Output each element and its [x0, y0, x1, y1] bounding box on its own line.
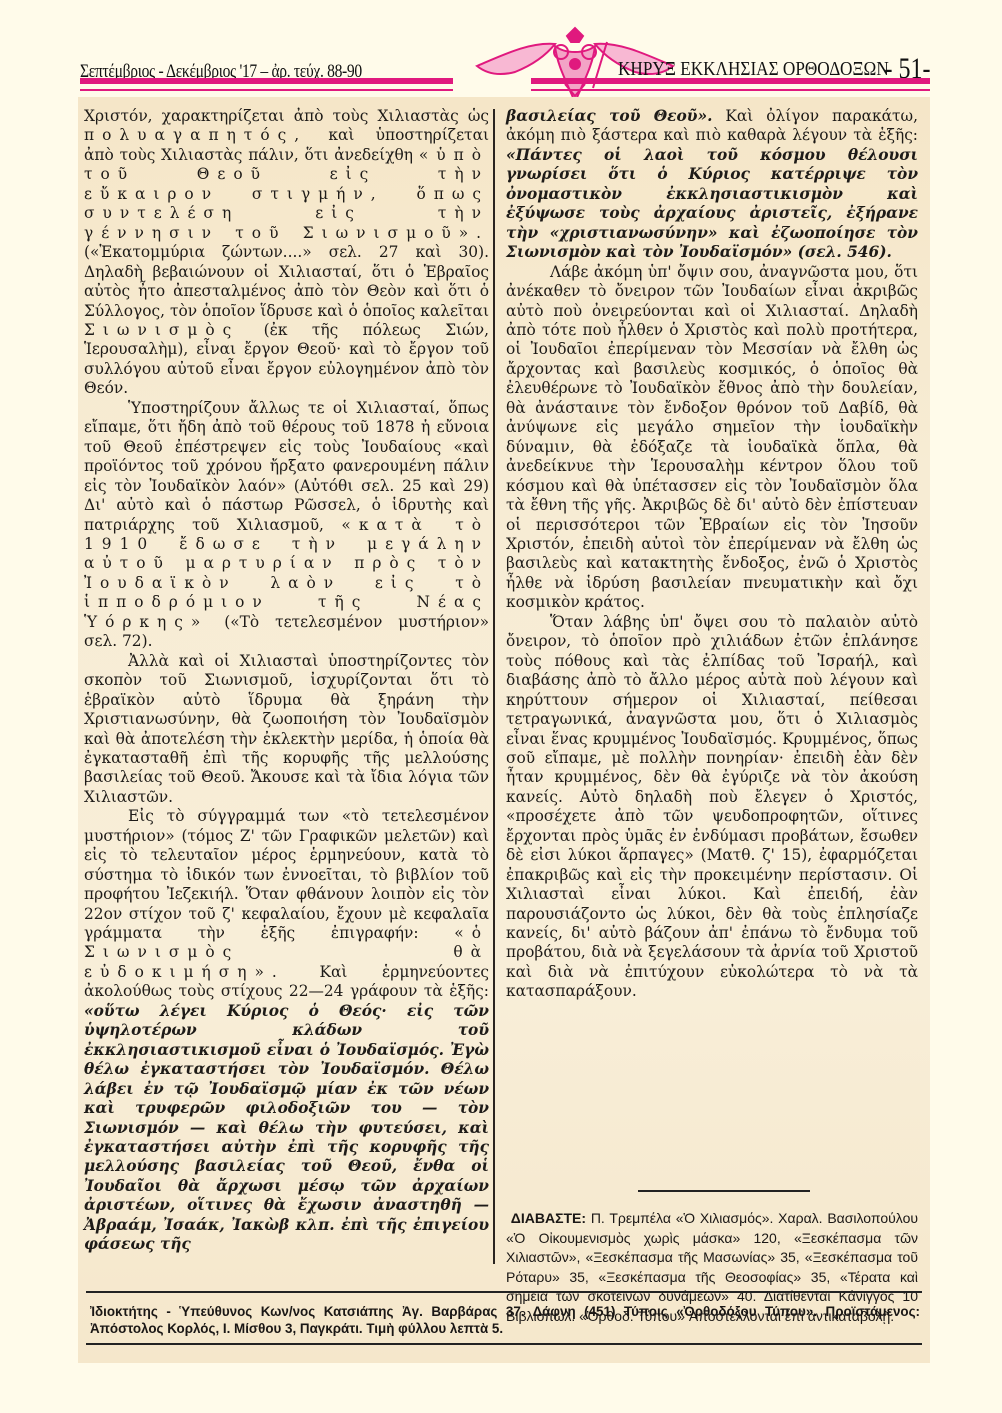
imprint-footer: Ἰδιοκτήτης - Ὑπεύθυνος Κων/νος Κατσιάπης…: [90, 1303, 920, 1337]
header-rule-right-thick: [531, 78, 930, 84]
article-left-column: Χριστόν, χαρακτηρίζεται ἀπὸ τοὺς Χιλιαστ…: [84, 107, 489, 1255]
text-run: («Ἑκατομμύρια ζώντων....» σελ. 27 καὶ 30…: [84, 243, 489, 319]
bold-italic-quote: «οὕτω λέγει Κύριος ὁ Θεός· εἰς τῶν ὑψηλο…: [84, 1002, 489, 1253]
text-run: Χριστόν, χαρακτηρίζεται ἀπὸ τοὺς Χιλιαστ…: [84, 107, 489, 125]
header-rule-right-thin: [531, 89, 930, 91]
read-label: ΔΙΑΒΑΣΤΕ:: [511, 1210, 586, 1226]
spaced-text-run: πολυαγαπητός,: [84, 126, 307, 144]
footer-rule-bottom: [86, 1343, 922, 1345]
bold-italic-quote: «Πάντες οἱ λαοὶ τοῦ κόσμου θέλουσι γνωρί…: [506, 146, 918, 261]
column-divider: [493, 109, 495, 1264]
paragraph: Λάβε ἀκόμη ὑπ' ὄψιν σου, ἀναγνῶστα μου, …: [506, 263, 918, 613]
spaced-text-run: Σιωνισμὸς: [84, 321, 239, 339]
page-header: Σεπτέμβριος - Δεκέμβριος '17 – ἀρ. τεύχ.…: [78, 28, 930, 98]
header-rule-left-thin: [80, 89, 453, 91]
header-rule-left-thick: [80, 78, 453, 84]
article-scan: Χριστόν, χαρακτηρίζεται ἀπὸ τοὺς Χιλιαστ…: [78, 97, 930, 1363]
text-run: Ὑποστηρίζουν ἄλλως τε οἱ Χιλιασταί, ὅπως…: [84, 399, 489, 534]
bold-italic-quote: βασιλείας τοῦ Θεοῦ».: [506, 107, 712, 125]
article-right-column: βασιλείας τοῦ Θεοῦ». Καὶ ὀλίγον παρακάτω…: [506, 107, 918, 1002]
paragraph: Ἀλλὰ καὶ οἱ Χιλιασταὶ ὑποστηρίζοντες τὸν…: [84, 652, 489, 808]
footer-rule-top: [86, 1291, 922, 1293]
paragraph: Ὅταν λάβης ὑπ' ὄψει σου τὸ παλαιὸν αὐτὸ …: [506, 613, 918, 1002]
section-separator: [638, 1190, 810, 1192]
text-run: Εἰς τὸ σύγγραμμά των «τὸ τετελεσμένον μυ…: [84, 807, 489, 942]
